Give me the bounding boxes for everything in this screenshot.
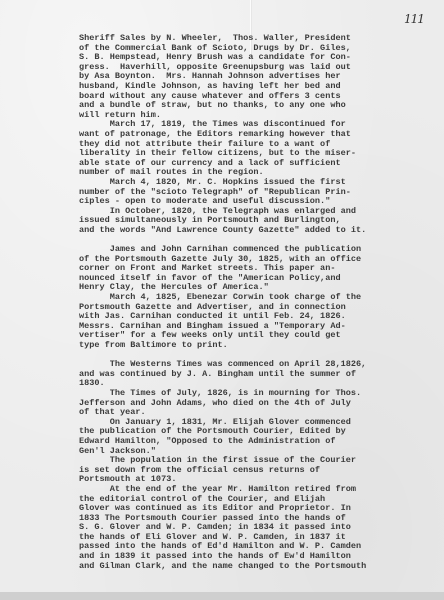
page-number: 111 xyxy=(404,12,424,26)
text-line: and Gilman Clark, and the name changed t… xyxy=(79,562,399,572)
document-page: 111 Sheriff Sales by N. Wheeler, Thos. W… xyxy=(0,0,444,592)
typewritten-body: Sheriff Sales by N. Wheeler, Thos. Walle… xyxy=(79,34,399,571)
scan-edge xyxy=(0,592,444,600)
text-line: and was continued by J. A. Bingham until… xyxy=(79,370,399,380)
text-line: type from Baltimore to print. xyxy=(79,341,399,351)
text-line: and the words "And Lawrence County Gazet… xyxy=(79,226,399,236)
